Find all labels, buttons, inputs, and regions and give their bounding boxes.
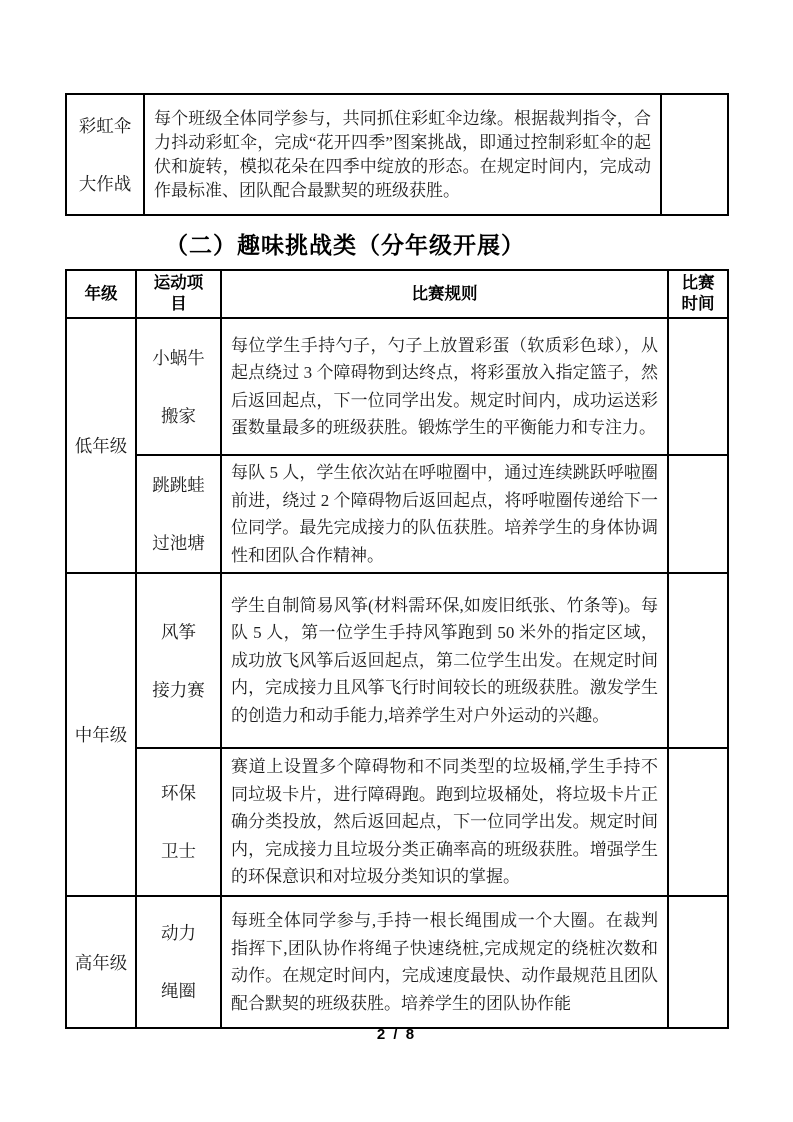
event-name-line2: 接力赛 bbox=[137, 661, 220, 719]
table-row: 环保 卫士 赛道上设置多个障碍物和不同类型的垃圾桶,学生手持不同垃圾卡片，进行障… bbox=[66, 748, 728, 896]
rule-text: 每队 5 人，学生依次站在呼啦圈中，通过连续跳跃呼啦圈前进，绕过 2 个障碍物后… bbox=[221, 455, 668, 573]
time-cell-empty bbox=[661, 94, 728, 215]
event-name-line2: 卫士 bbox=[137, 822, 220, 880]
rule-text: 学生自制简易风筝(材料需环保,如废旧纸张、竹条等)。每队 5 人，第一位学生手持… bbox=[221, 573, 668, 748]
event-name-line2: 绳圈 bbox=[137, 962, 220, 1020]
event-name-cell: 风筝 接力赛 bbox=[136, 573, 221, 748]
event-name-line2: 大作战 bbox=[67, 155, 143, 213]
table-row: 低年级 小蜗牛 搬家 每位学生手持勺子，勺子上放置彩蛋（软质彩色球），从起点绕过… bbox=[66, 318, 728, 455]
event-name-line1: 跳跳蛙 bbox=[137, 456, 220, 514]
rule-text: 赛道上设置多个障碍物和不同类型的垃圾桶,学生手持不同垃圾卡片，进行障碍跑。跑到垃… bbox=[221, 748, 668, 896]
table-row: 跳跳蛙 过池塘 每队 5 人，学生依次站在呼啦圈中，通过连续跳跃呼啦圈前进，绕过… bbox=[66, 455, 728, 573]
event-name-line1: 小蜗牛 bbox=[137, 329, 220, 387]
event-name-cell: 环保 卫士 bbox=[136, 748, 221, 896]
challenge-table: 年级 运动项目 比赛规则 比赛时间 低年级 小蜗牛 搬家 每位学生手持勺子，勺子… bbox=[65, 269, 729, 1029]
header-time-label: 比赛时间 bbox=[679, 273, 717, 315]
rule-text: 每班全体同学参与,手持一根长绳围成一个大圈。在裁判指挥下,团队协作将绳子快速绕桩… bbox=[221, 896, 668, 1028]
event-name-line1: 彩虹伞 bbox=[67, 97, 143, 155]
grade-cell-middle: 中年级 bbox=[66, 573, 136, 896]
event-name-line1: 风筝 bbox=[137, 603, 220, 661]
table-header-row: 年级 运动项目 比赛规则 比赛时间 bbox=[66, 270, 728, 318]
time-cell-empty bbox=[668, 318, 728, 455]
event-name-line2: 搬家 bbox=[137, 387, 220, 445]
event-name-line1: 环保 bbox=[137, 764, 220, 822]
grade-cell-upper: 高年级 bbox=[66, 896, 136, 1028]
continuation-table: 彩虹伞 大作战 每个班级全体同学参与，共同抓住彩虹伞边缘。根据裁判指令，合力抖动… bbox=[65, 93, 729, 216]
header-rule: 比赛规则 bbox=[221, 270, 668, 318]
section-heading: （二）趣味挑战类（分年级开展） bbox=[165, 227, 727, 260]
rule-text: 每个班级全体同学参与，共同抓住彩虹伞边缘。根据裁判指令，合力抖动彩虹伞，完成“花… bbox=[144, 94, 661, 215]
header-item-label: 运动项目 bbox=[151, 273, 207, 315]
event-name-cell: 彩虹伞 大作战 bbox=[66, 94, 144, 215]
page-number: 2 / 8 bbox=[0, 1026, 793, 1043]
header-grade: 年级 bbox=[66, 270, 136, 318]
event-name-cell: 动力 绳圈 bbox=[136, 896, 221, 1028]
time-cell-empty bbox=[668, 455, 728, 573]
table-row: 彩虹伞 大作战 每个班级全体同学参与，共同抓住彩虹伞边缘。根据裁判指令，合力抖动… bbox=[66, 94, 728, 215]
document-page: 彩虹伞 大作战 每个班级全体同学参与，共同抓住彩虹伞边缘。根据裁判指令，合力抖动… bbox=[0, 0, 793, 1122]
header-time: 比赛时间 bbox=[668, 270, 728, 318]
event-name-line2: 过池塘 bbox=[137, 514, 220, 572]
header-item: 运动项目 bbox=[136, 270, 221, 318]
event-name-cell: 小蜗牛 搬家 bbox=[136, 318, 221, 455]
rule-text: 每位学生手持勺子，勺子上放置彩蛋（软质彩色球），从起点绕过 3 个障碍物到达终点… bbox=[221, 318, 668, 455]
event-name-cell: 跳跳蛙 过池塘 bbox=[136, 455, 221, 573]
grade-cell-lower: 低年级 bbox=[66, 318, 136, 573]
time-cell-empty bbox=[668, 573, 728, 748]
time-cell-empty bbox=[668, 748, 728, 896]
table-row: 高年级 动力 绳圈 每班全体同学参与,手持一根长绳围成一个大圈。在裁判指挥下,团… bbox=[66, 896, 728, 1028]
table-row: 中年级 风筝 接力赛 学生自制简易风筝(材料需环保,如废旧纸张、竹条等)。每队 … bbox=[66, 573, 728, 748]
event-name-line1: 动力 bbox=[137, 904, 220, 962]
time-cell-empty bbox=[668, 896, 728, 1028]
